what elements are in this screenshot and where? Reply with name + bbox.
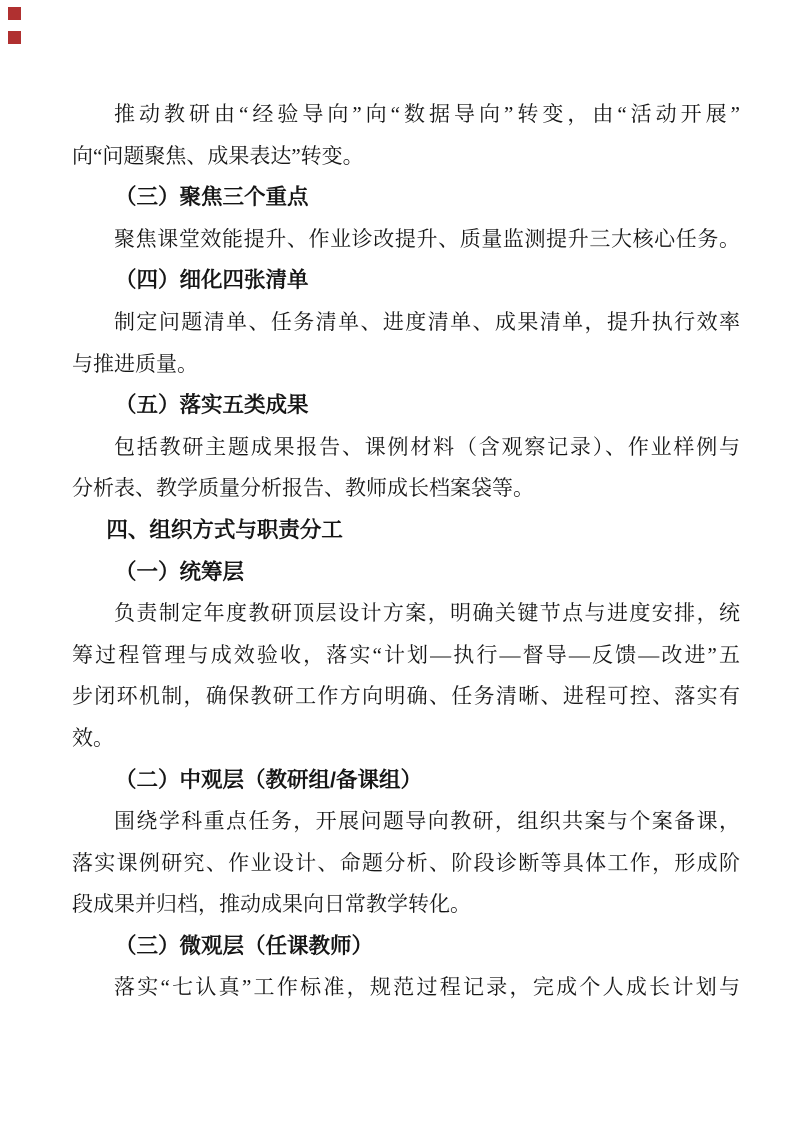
body-text-line: 分析表、教学质量分析报告、教师成长档案袋等。 <box>72 468 740 510</box>
section-heading: （二）中观层（教研组/备课组） <box>72 760 740 802</box>
document-body: 推动教研由“经验导向”向“数据导向”转变，由“活动开展” 向“问题聚焦、成果表达… <box>72 94 740 1009</box>
body-text-line: 包括教研主题成果报告、课例材料（含观察记录）、作业样例与 <box>72 427 740 469</box>
body-text-line: 筹过程管理与成效验收，落实“计划—执行—督导—反馈—改进”五 <box>72 635 740 677</box>
body-text-line: 步闭环机制，确保教研工作方向明确、任务清晰、进程可控、落实有 <box>72 676 740 718</box>
body-text-line: 制定问题清单、任务清单、进度清单、成果清单，提升执行效率 <box>72 302 740 344</box>
body-text-line: 向“问题聚焦、成果表达”转变。 <box>72 136 740 178</box>
section-heading: （三）聚焦三个重点 <box>72 177 740 219</box>
body-text-line: 落实“七认真”工作标准，规范过程记录，完成个人成长计划与 <box>72 967 740 1009</box>
red-square-marker <box>8 31 21 44</box>
body-text-line: 效。 <box>72 718 740 760</box>
body-text-line: 负责制定年度教研顶层设计方案，明确关键节点与进度安排，统 <box>72 593 740 635</box>
document-page: 推动教研由“经验导向”向“数据导向”转变，由“活动开展” 向“问题聚焦、成果表达… <box>0 0 793 1122</box>
section-heading: （一）统筹层 <box>72 552 740 594</box>
body-text-line: 聚焦课堂效能提升、作业诊改提升、质量监测提升三大核心任务。 <box>72 219 740 261</box>
body-text-line: 围绕学科重点任务，开展问题导向教研，组织共案与个案备课， <box>72 801 740 843</box>
red-square-marker <box>8 7 21 20</box>
body-text-line: 段成果并归档，推动成果向日常教学转化。 <box>72 884 740 926</box>
body-text-line: 推动教研由“经验导向”向“数据导向”转变，由“活动开展” <box>72 94 740 136</box>
section-heading: （三）微观层（任课教师） <box>72 926 740 968</box>
body-text-line: 落实课例研究、作业设计、命题分析、阶段诊断等具体工作，形成阶 <box>72 843 740 885</box>
chapter-heading: 四、组织方式与职责分工 <box>72 510 740 552</box>
body-text-line: 与推进质量。 <box>72 344 740 386</box>
section-heading: （五）落实五类成果 <box>72 385 740 427</box>
section-heading: （四）细化四张清单 <box>72 260 740 302</box>
